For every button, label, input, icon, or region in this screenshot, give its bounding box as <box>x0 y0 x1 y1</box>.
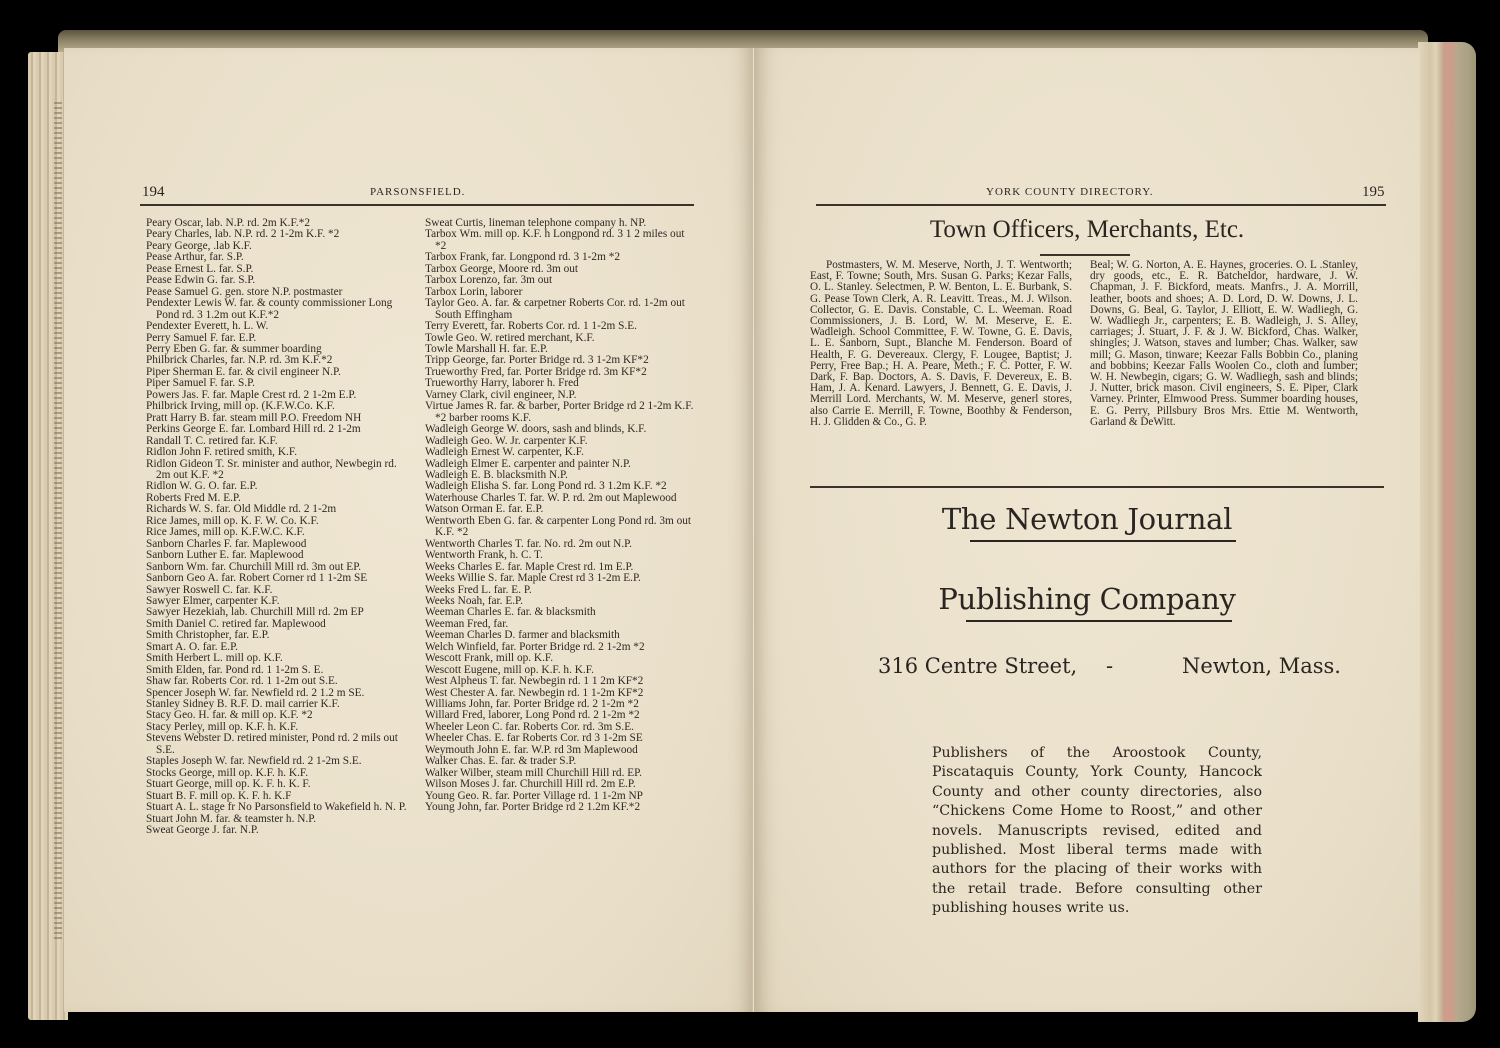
directory-entry: Ridlon John F. retired smith, K.F. <box>146 447 408 458</box>
section-title-rule <box>1040 254 1130 256</box>
town-officers-column-2: Beal; W. G. Norton, A. E. Haynes, grocer… <box>1090 260 1358 428</box>
directory-entry: Stuart A. L. stage fr No Parsonsfield to… <box>146 802 408 813</box>
ad-address-city: Newton, Mass. <box>1182 654 1341 678</box>
running-head-right: YORK COUNTY DIRECTORY. <box>986 186 1154 198</box>
open-book: 194 PARSONSFIELD. Peary Oscar, lab. N.P.… <box>28 30 1476 1030</box>
left-page: 194 PARSONSFIELD. Peary Oscar, lab. N.P.… <box>64 48 754 1012</box>
ad-title-underline-2 <box>966 620 1232 622</box>
directory-entry: Young John, far. Porter Bridge rd 2 1.2m… <box>425 802 697 813</box>
directory-entry: Pendexter Everett, h. L. W. <box>146 321 408 332</box>
directory-column-2: Sweat Curtis, lineman telephone company … <box>425 218 697 814</box>
directory-entry: Stuart George, mill op. K. F. h. K. F. <box>146 779 408 790</box>
left-page-edges <box>28 52 68 1020</box>
running-head-left: PARSONSFIELD. <box>370 186 465 198</box>
directory-entry: Wentworth Frank, h. C. T. <box>425 550 697 561</box>
header-rule-right <box>816 204 1386 206</box>
directory-entry: West Alpheus T. far. Newbegin rd. 1 1 2m… <box>425 676 697 687</box>
header-rule-left <box>140 204 694 206</box>
directory-entry: Tarbox Wm. mill op. K.F. h Longpond rd. … <box>425 229 697 252</box>
directory-entry: Shaw far. Roberts Cor. rd. 1 1-2m out S.… <box>146 676 408 687</box>
directory-entry: Smith Herbert L. mill op. K.F. <box>146 653 408 664</box>
directory-entry: Stevens Webster D. retired minister, Pon… <box>146 733 408 756</box>
ad-blurb: Publishers of the Aroostook County, Pisc… <box>932 744 1262 919</box>
directory-entry: Wilson Moses J. far. Churchill Hill rd. … <box>425 779 697 790</box>
ad-address-street: 316 Centre Street, <box>878 654 1077 678</box>
directory-entry: Ridlon Gideon T. Sr. minister and author… <box>146 459 408 482</box>
directory-entry: Rice James, mill op. K.F.W.C. K.F. <box>146 527 408 538</box>
ad-title-line-1: The Newton Journal <box>754 502 1420 536</box>
directory-entry: Wentworth Eben G. far. & carpenter Long … <box>425 516 697 539</box>
directory-entry: Wadleigh Ernest W. carpenter, K.F. <box>425 447 697 458</box>
section-bottom-rule <box>810 486 1384 488</box>
right-page-edges <box>1418 42 1476 1022</box>
directory-entry: Pease Edwin G. far. S.P. <box>146 275 408 286</box>
directory-entry: Sanborn Luther E. far. Maplewood <box>146 550 408 561</box>
directory-entry: Tarbox Lorenzo, far. 3m out <box>425 275 697 286</box>
spine-print <box>54 102 62 942</box>
directory-entry: Wescott Frank, mill op. K.F. <box>425 653 697 664</box>
section-title: Town Officers, Merchants, Etc. <box>754 216 1420 244</box>
directory-entry: Pendexter Lewis W. far. & county commiss… <box>146 298 408 321</box>
directory-entry: Philbrick Irving, mill op. (K.F.W.Co. K.… <box>146 401 408 412</box>
directory-entry: Sanborn Geo A. far. Robert Corner rd 1 1… <box>146 573 408 584</box>
directory-entry: Wadleigh George W. doors, sash and blind… <box>425 424 697 435</box>
directory-entry: Sweat George J. far. N.P. <box>146 825 408 836</box>
directory-entry: Perkins George E. far. Lombard Hill rd. … <box>146 424 408 435</box>
directory-entry: Weeks Willie S. far. Maple Crest rd 3 1-… <box>425 573 697 584</box>
directory-column-1: Peary Oscar, lab. N.P. rd. 2m K.F.*2Pear… <box>146 218 408 836</box>
ad-title-underline-1 <box>970 540 1236 542</box>
right-page: YORK COUNTY DIRECTORY. 195 Town Officers… <box>754 48 1420 1012</box>
town-officers-column-1: Postmasters, W. M. Meserve, North, J. T.… <box>810 260 1072 428</box>
page-number-left: 194 <box>142 184 165 201</box>
ad-address-separator: - <box>1106 654 1113 678</box>
ad-title-line-2: Publishing Company <box>754 582 1420 616</box>
directory-entry: Terry Everett, far. Roberts Cor. rd. 1 1… <box>425 321 697 332</box>
page-number-right: 195 <box>1362 184 1385 201</box>
directory-entry: Taylor Geo. A. far. & carpetner Roberts … <box>425 298 697 321</box>
directory-entry: Virtue James R. far. & barber, Porter Br… <box>425 401 697 424</box>
